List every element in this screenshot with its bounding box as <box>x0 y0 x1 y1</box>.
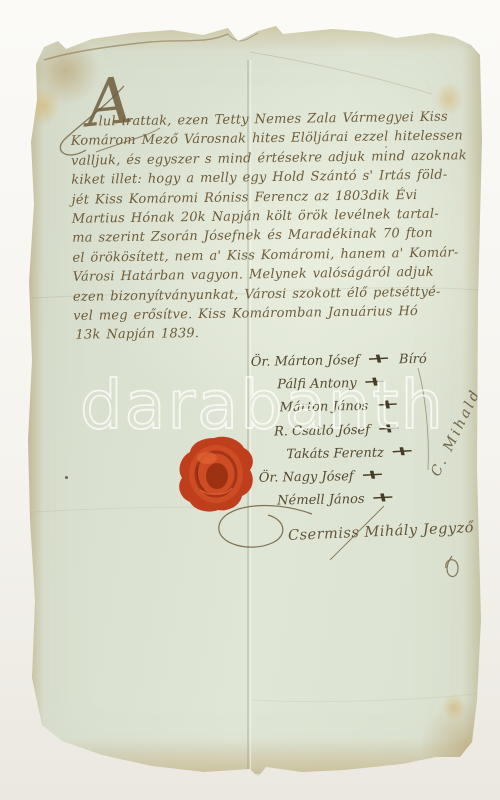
signature-name: Némell János <box>277 489 365 512</box>
cross-mark-icon: + <box>388 442 417 460</box>
paper-edge-left <box>26 40 44 770</box>
signature-row: Némell János+ <box>277 485 468 512</box>
signature-title: Bíró <box>399 352 427 367</box>
paper-corner-bottomright <box>420 700 500 790</box>
photo-stage: A lul irattak, ezen Tetty Nemes Zala Vár… <box>0 0 500 800</box>
paper-edge-top <box>28 24 480 52</box>
signature-name: Takáts Ferentz <box>286 442 384 465</box>
wax-seal-blob <box>179 437 253 512</box>
body-line: 13k Napján 1839. <box>75 321 475 346</box>
paper-edge-bottom <box>30 738 480 774</box>
foxing-stain <box>442 694 466 720</box>
body-text: lul irattak, ezen Tetty Nemes Zala Várme… <box>70 107 475 345</box>
cross-mark-icon: + <box>369 488 398 506</box>
darabanth-watermark: darabanth <box>80 372 445 439</box>
cross-mark-icon: + <box>364 349 393 367</box>
foxing-stain <box>26 86 60 126</box>
cross-mark-icon: + <box>358 465 387 483</box>
ink-speck <box>65 476 68 479</box>
signature-name: Ör. Nagy Jósef <box>259 466 354 489</box>
document-paper: A lul irattak, ezen Tetty Nemes Zala Vár… <box>0 0 500 800</box>
notary-signature: Csermiss Mihály Jegyző <box>288 520 475 544</box>
